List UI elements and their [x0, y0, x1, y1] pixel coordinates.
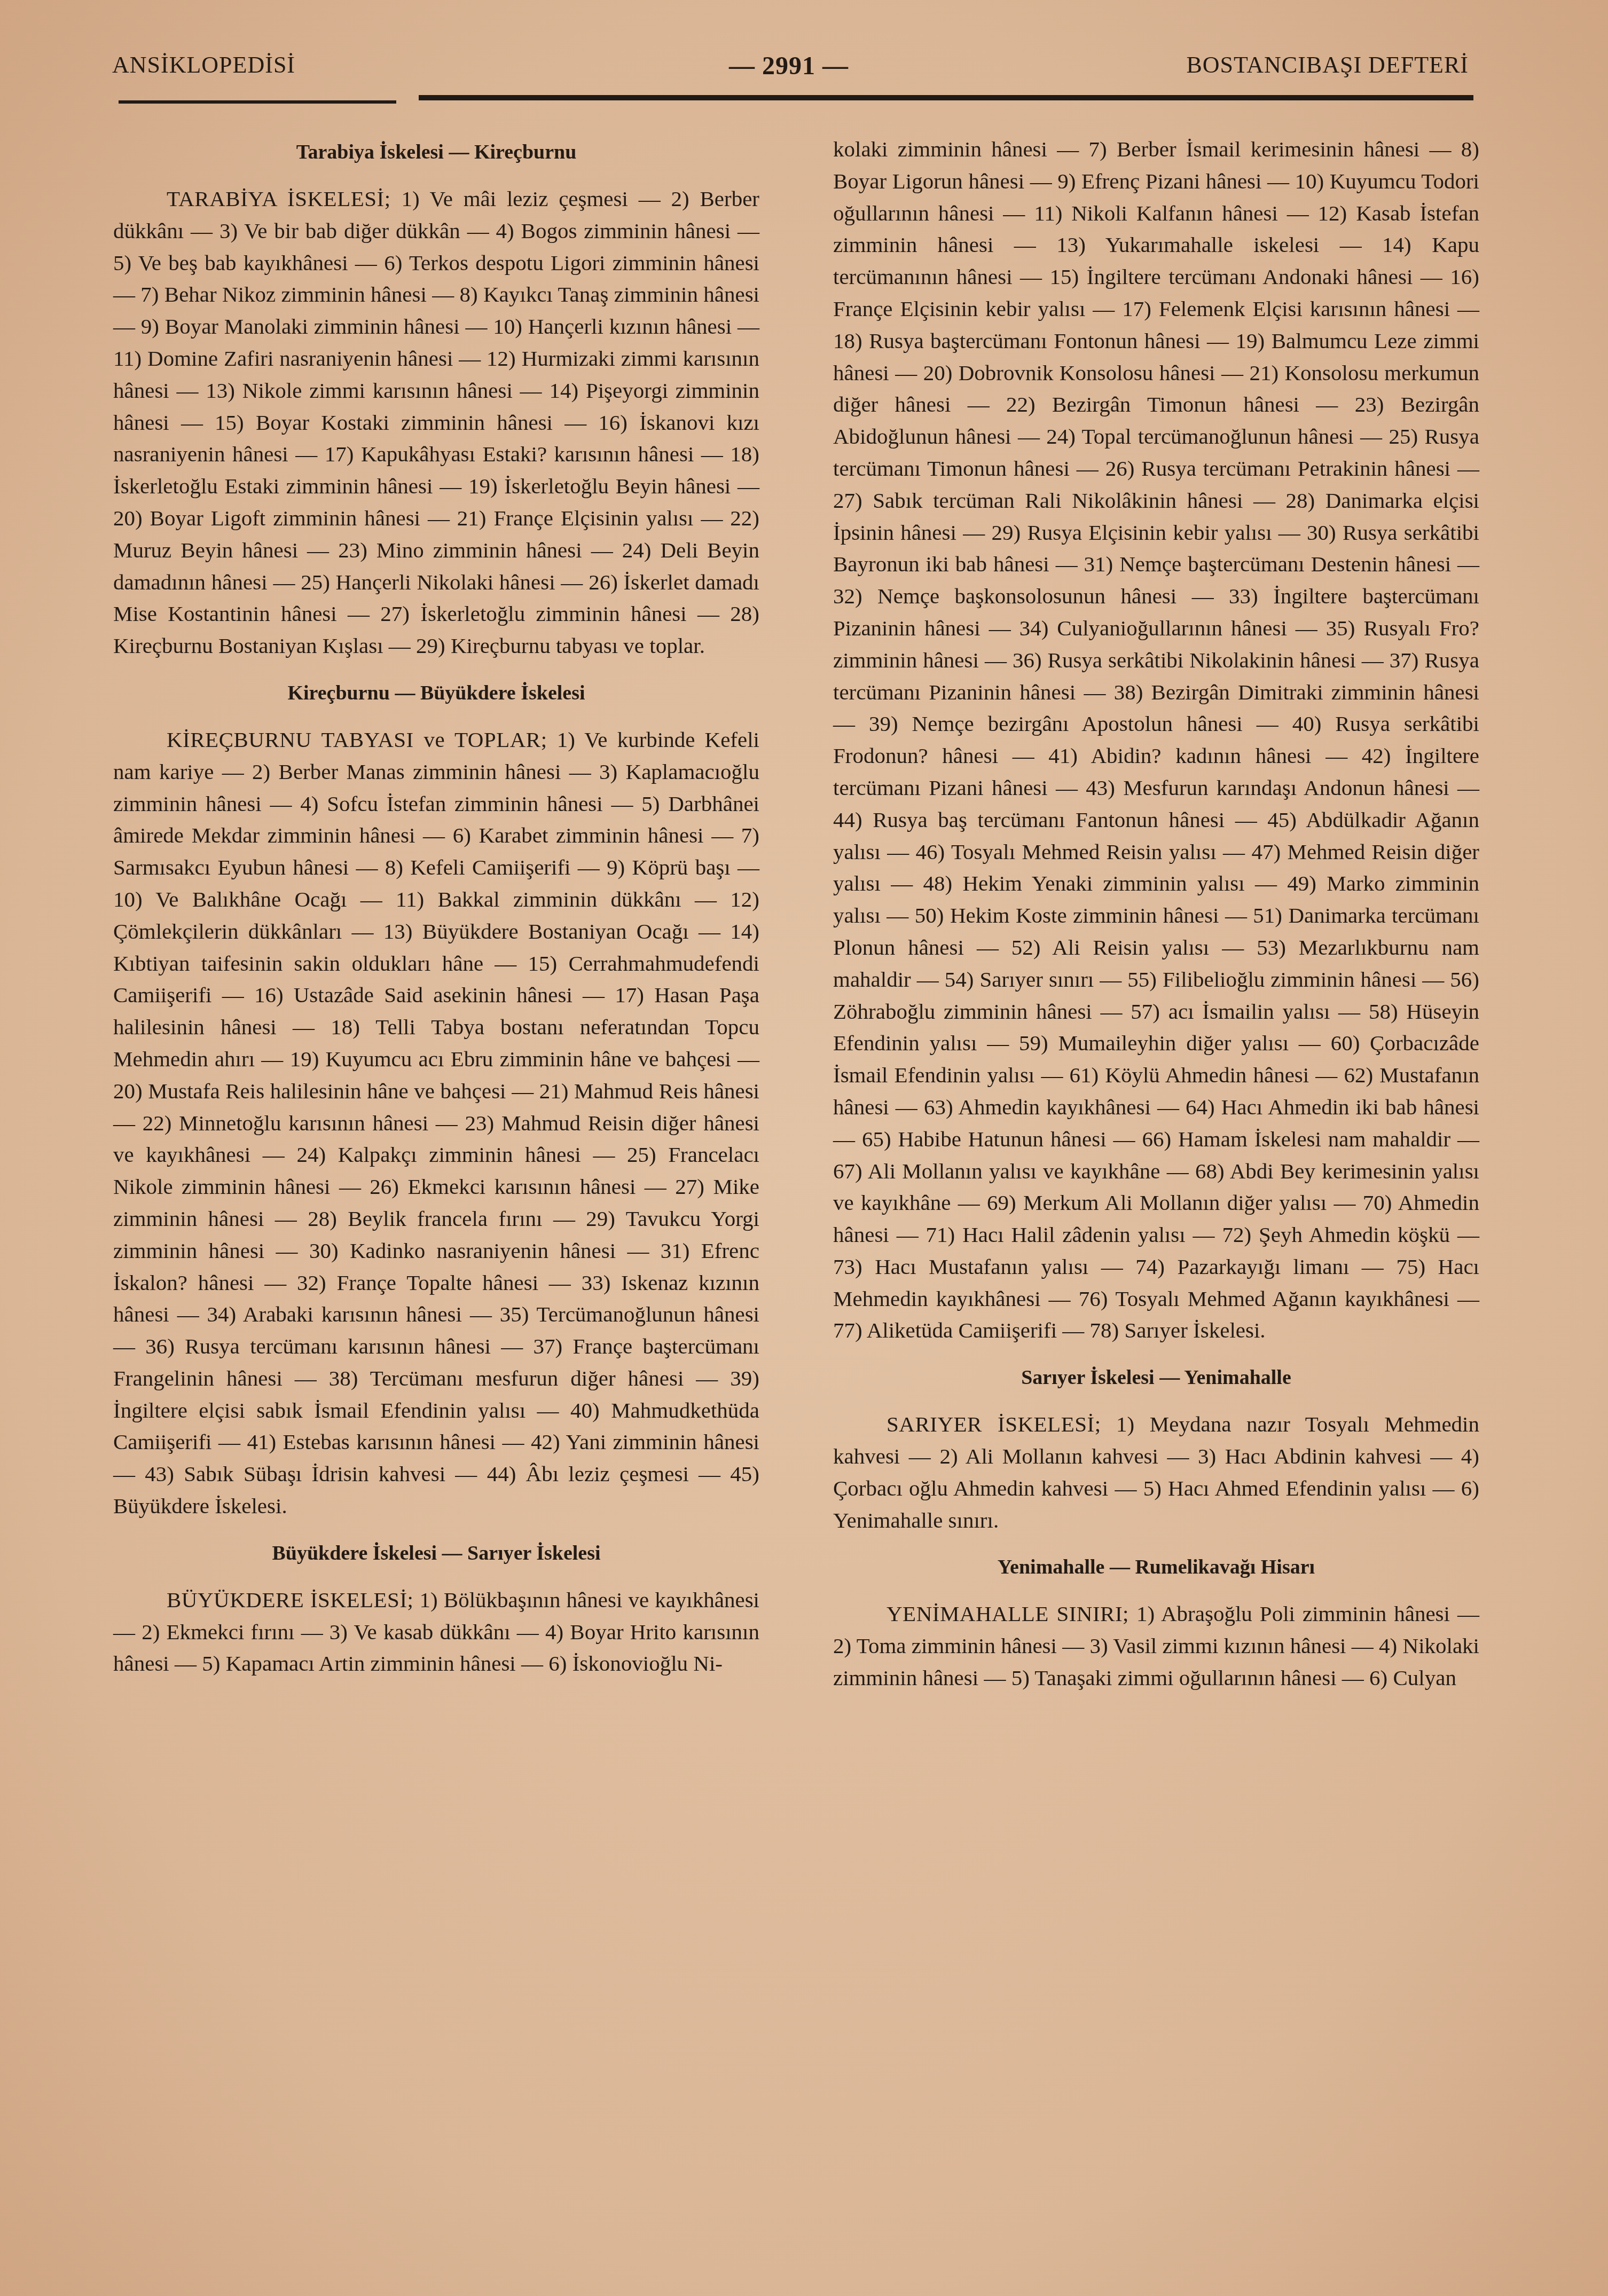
running-header: ANSİKLOPEDİSİ — 2991 — BOSTANCIBAŞI DEFT…	[112, 51, 1469, 94]
header-encyclopedia-title: ANSİKLOPEDİSİ	[112, 51, 295, 78]
section-title: Sarıyer İskelesi — Yenimahalle	[833, 1362, 1479, 1394]
paragraph-lead: BÜYÜKDERE İSKELESİ;	[167, 1587, 413, 1612]
left-column: Tarabiya İskelesi — Kireçburnu TARABİYA …	[113, 131, 759, 1680]
paragraph-lead: KİREÇBURNU TABYASI ve TOPLAR;	[167, 727, 547, 752]
section-paragraph: BÜYÜKDERE İSKELESİ; 1) Bölükbaşının hâne…	[113, 1584, 759, 1680]
header-rule-right	[419, 95, 1473, 100]
right-column: kolaki zimminin hânesi — 7) Berber İsmai…	[833, 133, 1479, 1694]
header-entry-title: BOSTANCIBAŞI DEFTERİ	[1186, 51, 1469, 78]
header-rule-left	[119, 100, 396, 104]
page-number: — 2991 —	[729, 51, 849, 81]
section-title: Tarabiya İskelesi — Kireçburnu	[113, 136, 759, 168]
document-page: ANSİKLOPEDİSİ — 2991 — BOSTANCIBAŞI DEFT…	[0, 0, 1608, 2296]
paragraph-lead: SARIYER İSKELESİ;	[887, 1412, 1101, 1436]
paragraph-text: 1) Ve kurbinde Kefeli nam kariye — 2) Be…	[113, 727, 759, 1518]
continued-paragraph: kolaki zimminin hânesi — 7) Berber İsmai…	[833, 133, 1479, 1347]
section-paragraph: KİREÇBURNU TABYASI ve TOPLAR; 1) Ve kurb…	[113, 724, 759, 1522]
paragraph-lead: YENİMAHALLE SINIRI;	[887, 1601, 1129, 1626]
section-paragraph: SARIYER İSKELESİ; 1) Meydana nazır Tosya…	[833, 1409, 1479, 1536]
paragraph-lead: TARABİYA İSKELESİ;	[167, 186, 391, 211]
section-title: Büyükdere İskelesi — Sarıyer İskelesi	[113, 1537, 759, 1569]
paragraph-text: 1) Ve mâi leziz çeşmesi — 2) Berber dükk…	[113, 186, 759, 658]
section-paragraph: YENİMAHALLE SINIRI; 1) Abraşoğlu Poli zi…	[833, 1598, 1479, 1694]
section-paragraph: TARABİYA İSKELESİ; 1) Ve mâi leziz çeşme…	[113, 183, 759, 662]
section-title: Yenimahalle — Rumelikavağı Hisarı	[833, 1551, 1479, 1583]
section-title: Kireçburnu — Büyükdere İskelesi	[113, 677, 759, 709]
